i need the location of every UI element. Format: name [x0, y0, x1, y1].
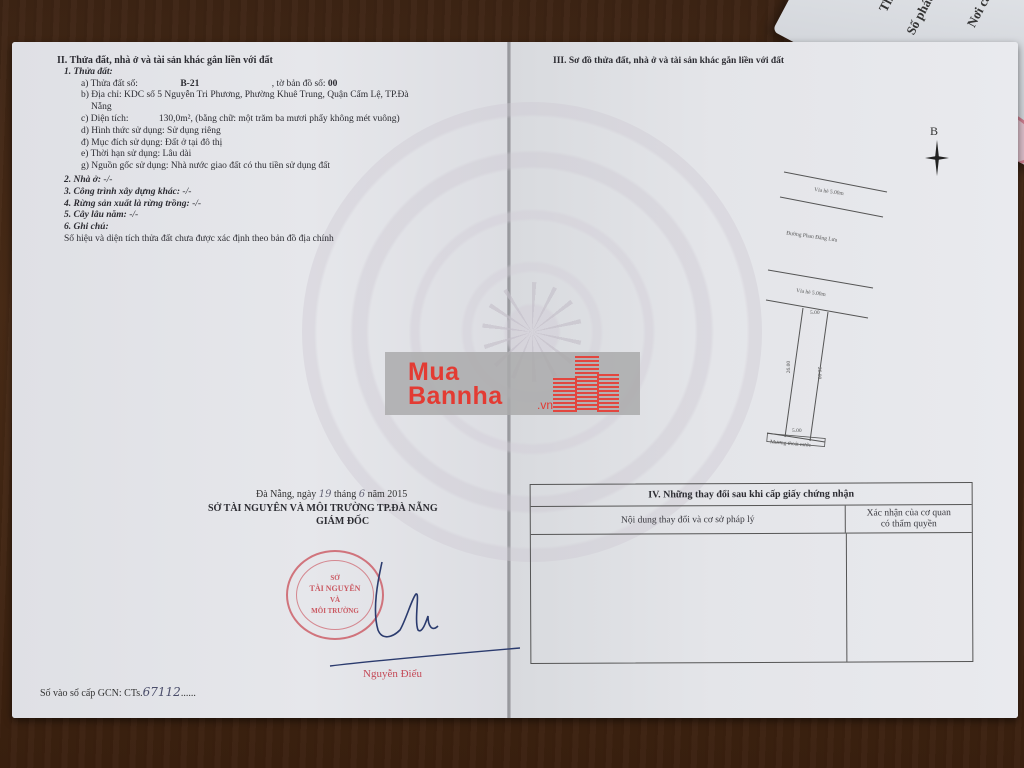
- address-continuation: Nẵng: [57, 102, 409, 114]
- signer-name: Nguyễn Điểu: [363, 668, 422, 680]
- purpose-value: Đất ở tại đô thị: [165, 138, 222, 148]
- building-icon: [597, 374, 619, 412]
- purpose-row: đ) Mục đích sử dụng: Đất ở tại đô thị: [57, 138, 409, 150]
- area-value: 130,0m², (bằng chữ: một trăm ba mươi phẩ…: [159, 114, 400, 124]
- building-icon: [553, 378, 577, 412]
- perennial-value: -/-: [129, 210, 138, 220]
- house-value: -/-: [103, 175, 112, 185]
- registration-label: Số vào sổ cấp GCN: CTs.: [40, 688, 143, 699]
- parcel-value: B-21: [180, 79, 199, 89]
- parcel-row: a) Thửa đất số: B-21 , tờ bản đồ số: 00: [57, 79, 409, 91]
- building-icon: [575, 356, 599, 412]
- section-iv-title: IV. Những thay đổi sau khi cấp giấy chứn…: [531, 483, 972, 507]
- address-value: KDC số 5 Nguyễn Tri Phương, Phường Khuê …: [124, 90, 409, 100]
- land-heading: 1. Thửa đất:: [57, 67, 409, 79]
- logo-text-bannha: Bannha: [408, 382, 503, 411]
- handwritten-signature: [320, 560, 520, 670]
- other-construction-value: -/-: [182, 187, 191, 197]
- area-label: c) Diện tích:: [81, 114, 128, 124]
- forest-value: -/-: [192, 199, 201, 209]
- perennial-label: 5. Cây lâu năm:: [64, 210, 127, 220]
- section-iii-title: III. Sơ đồ thửa đất, nhà ở và tài sản kh…: [553, 56, 784, 66]
- signer-role: GIÁM ĐỐC: [316, 516, 369, 527]
- section-ii-title: II. Thửa đất, nhà ở và tài sản khác gắn …: [57, 55, 409, 67]
- area-row: c) Diện tích: 130,0m², (bằng chữ: một tr…: [57, 114, 409, 126]
- issue-date: Đà Nẵng, ngày 19 tháng 6 năm 2015: [256, 489, 407, 500]
- house-row: 2. Nhà ở: -/-: [57, 175, 409, 187]
- registration-number: Số vào sổ cấp GCN: CTs.67112......: [40, 685, 196, 699]
- right-depth-label: 26.00: [816, 367, 822, 379]
- other-construction-label: 3. Công trình xây dựng khác:: [64, 187, 180, 197]
- compass-rose-icon: [922, 136, 952, 186]
- use-form-value: Sử dụng riêng: [167, 126, 221, 136]
- map-sheet-label: , tờ bản đồ số:: [272, 79, 326, 89]
- origin-row: g) Nguồn gốc sử dụng: Nhà nước giao đất …: [57, 161, 409, 173]
- map-sheet-value: 00: [328, 79, 338, 89]
- front-width-label: 5.00: [810, 310, 820, 316]
- perennial-row: 5. Cây lâu năm: -/-: [57, 210, 409, 222]
- date-prefix: Đà Nẵng, ngày: [256, 489, 316, 500]
- purpose-label: đ) Mục đích sử dụng:: [81, 138, 163, 148]
- date-month-label: tháng: [334, 489, 356, 500]
- muabannha-watermark-logo: Mua Bannha .vn: [385, 352, 640, 415]
- forest-row: 4. Rừng sản xuất là rừng trồng: -/-: [57, 199, 409, 211]
- rear-width-label: 5.00: [792, 428, 802, 434]
- changes-table-header: Nội dung thay đổi và cơ sở pháp lý Xác n…: [531, 505, 972, 535]
- column-authority-confirmation: Xác nhận của cơ quan có thẩm quyền: [846, 505, 972, 533]
- address-row: b) Địa chỉ: KDC số 5 Nguyễn Tri Phương, …: [57, 90, 409, 102]
- term-value: Lâu dài: [163, 149, 192, 159]
- house-label: 2. Nhà ở:: [64, 175, 101, 185]
- parcel-label: a) Thửa đất số:: [81, 79, 138, 89]
- logo-text-vn: .vn: [537, 398, 553, 412]
- origin-label: g) Nguồn gốc sử dụng:: [81, 161, 168, 171]
- notes-label: 6. Ghi chú:: [57, 222, 409, 234]
- column-authority-line1: Xác nhận của cơ quan: [846, 508, 972, 520]
- term-label: e) Thời hạn sử dụng:: [81, 149, 160, 159]
- rolled-page-text: Nơi cấp: [964, 0, 998, 30]
- origin-value: Nhà nước giao đất có thu tiền sử dụng đấ…: [171, 161, 330, 171]
- date-day: 19: [319, 489, 332, 500]
- registration-value: 67112: [143, 685, 181, 699]
- term-row: e) Thời hạn sử dụng: Lâu dài: [57, 149, 409, 161]
- date-year: năm 2015: [368, 489, 408, 500]
- address-label: b) Địa chỉ:: [81, 90, 122, 100]
- changes-table: IV. Những thay đổi sau khi cấp giấy chứn…: [530, 482, 974, 664]
- use-form-row: d) Hình thức sử dụng: Sử dụng riêng: [57, 126, 409, 138]
- registration-dots: ......: [181, 688, 196, 699]
- notes-value: Số hiệu và diện tích thửa đất chưa được …: [57, 234, 409, 246]
- column-authority-line2: có thẩm quyền: [846, 519, 972, 531]
- left-depth-label: 26.00: [786, 361, 792, 373]
- section-ii: II. Thửa đất, nhà ở và tài sản khác gắn …: [57, 55, 409, 246]
- table-column-divider: [846, 534, 848, 662]
- column-change-content: Nội dung thay đổi và cơ sở pháp lý: [531, 506, 846, 534]
- use-form-label: d) Hình thức sử dụng:: [81, 126, 165, 136]
- other-construction-row: 3. Công trình xây dựng khác: -/-: [57, 187, 409, 199]
- issuing-organization: SỞ TÀI NGUYÊN VÀ MÔI TRƯỜNG TP.ĐÀ NẴNG: [208, 503, 438, 514]
- rolled-page-text: Số phát hành:: [903, 0, 954, 38]
- forest-label: 4. Rừng sản xuất là rừng trồng:: [64, 199, 190, 209]
- date-month: 6: [359, 489, 365, 500]
